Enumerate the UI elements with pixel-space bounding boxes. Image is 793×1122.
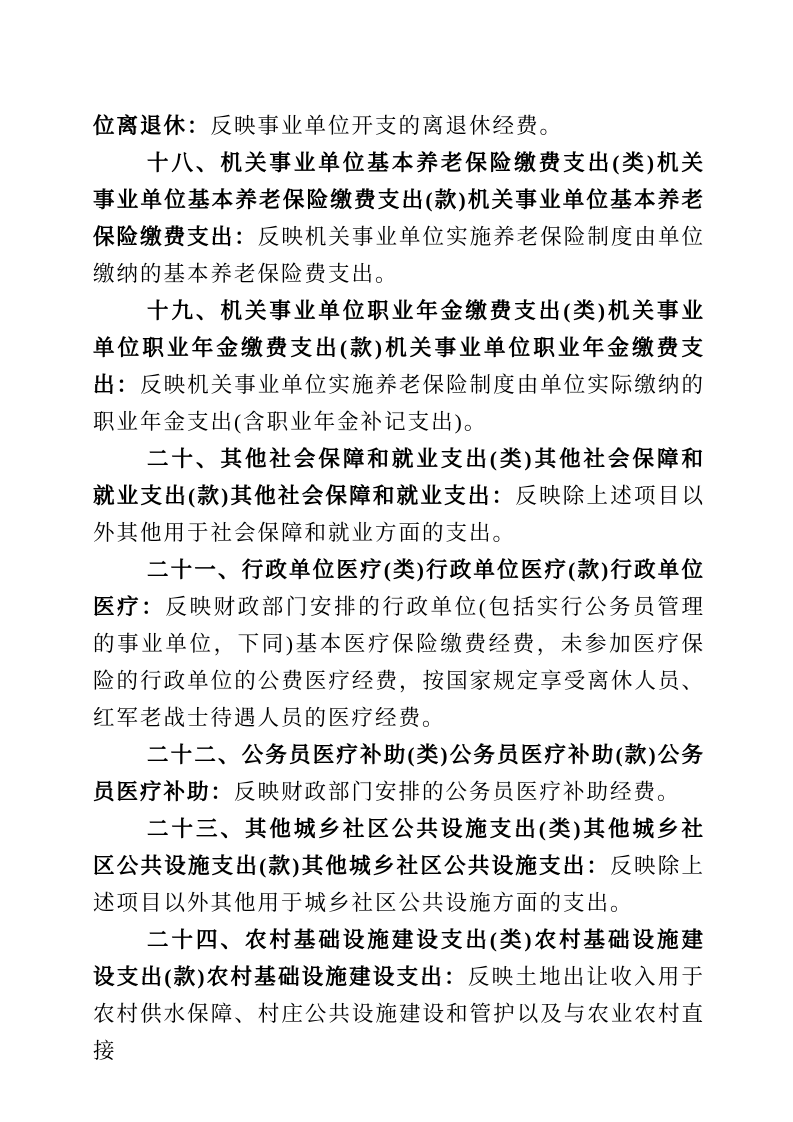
paragraph: 十九、机关事业单位职业年金缴费支出(类)机关事业单位职业年金缴费支出(款)机关事… <box>93 293 705 441</box>
paragraph: 位离退休：反映事业单位开支的离退休经费。 <box>93 108 705 145</box>
paragraph: 二十三、其他城乡社区公共设施支出(类)其他城乡社区公共设施支出(款)其他城乡社区… <box>93 811 705 922</box>
document-page: 位离退休：反映事业单位开支的离退休经费。 十八、机关事业单位基本养老保险缴费支出… <box>0 0 793 1122</box>
paragraph-lead: 位离退休： <box>93 114 211 138</box>
paragraph: 二十二、公务员医疗补助(类)公务员医疗补助(款)公务员医疗补助：反映财政部门安排… <box>93 737 705 811</box>
paragraph-body: 反映事业单位开支的离退休经费。 <box>211 114 564 138</box>
document-content: 位离退休：反映事业单位开支的离退休经费。 十八、机关事业单位基本养老保险缴费支出… <box>93 108 705 1070</box>
paragraph-body: 反映财政部门安排的公务员医疗补助经费。 <box>234 780 681 804</box>
paragraph-body: 反映财政部门安排的行政单位(包括实行公务员管理的事业单位，下同)基本医疗保险缴费… <box>93 595 705 730</box>
paragraph: 十八、机关事业单位基本养老保险缴费支出(类)机关事业单位基本养老保险缴费支出(款… <box>93 145 705 293</box>
paragraph-body: 反映机关事业单位实施养老保险制度由单位实际缴纳的职业年金支出(含职业年金补记支出… <box>93 373 705 434</box>
paragraph: 二十四、农村基础设施建设支出(类)农村基础设施建设支出(款)农村基础设施建设支出… <box>93 922 705 1070</box>
paragraph: 二十一、行政单位医疗(类)行政单位医疗(款)行政单位医疗：反映财政部门安排的行政… <box>93 552 705 737</box>
paragraph: 二十、其他社会保障和就业支出(类)其他社会保障和就业支出(款)其他社会保障和就业… <box>93 441 705 552</box>
